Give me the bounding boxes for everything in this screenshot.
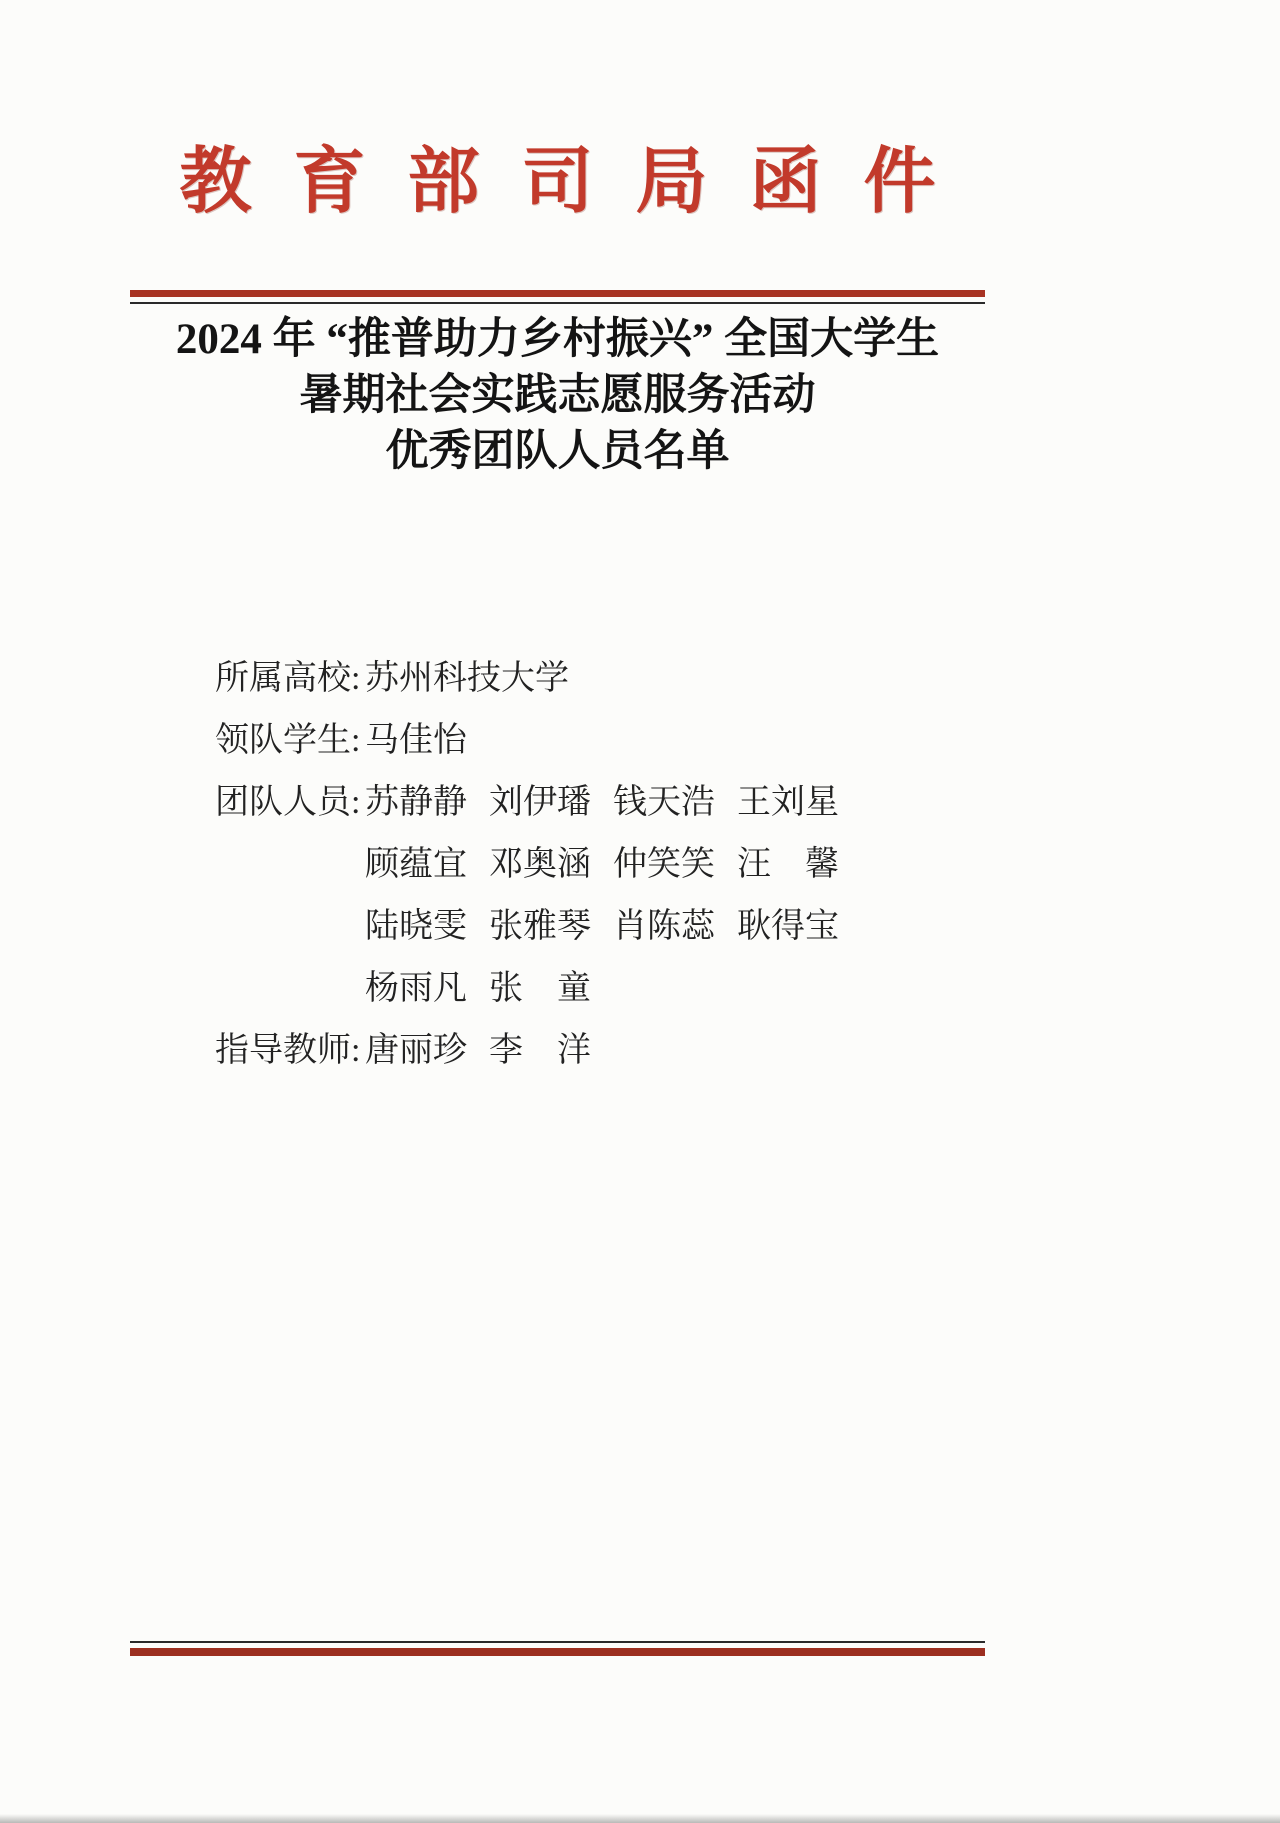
field-school-value: 苏州科技大学	[365, 650, 569, 699]
team-member-name: 汪 馨	[737, 836, 839, 885]
field-team-row-2: 顾蕴宜 邓奥涵 仲笑笑 汪 馨	[215, 829, 985, 891]
field-team-row-3: 陆晓雯 张雅琴 肖陈蕊 耿得宝	[215, 891, 985, 953]
bottom-rule-red-line	[130, 1648, 985, 1656]
team-member-name: 刘伊璠	[489, 774, 591, 823]
field-teachers: 指导教师: 唐丽珍 李 洋	[215, 1015, 985, 1077]
title-line-3: 优秀团队人员名单	[130, 424, 985, 480]
scanned-page-edge	[0, 1814, 1280, 1823]
title-line-1: 2024 年 “推普助力乡村振兴” 全国大学生	[130, 312, 985, 368]
field-school: 所属高校: 苏州科技大学	[215, 643, 985, 705]
team-member-name: 张雅琴	[489, 898, 591, 947]
team-names-row-2: 顾蕴宜 邓奥涵 仲笑笑 汪 馨	[365, 836, 839, 885]
team-member-name: 钱天浩	[613, 774, 715, 823]
team-member-name: 张 童	[489, 960, 591, 1009]
field-team-row-4: 杨雨凡 张 童	[215, 953, 985, 1015]
team-member-name: 肖陈蕊	[613, 898, 715, 947]
field-leader: 领队学生: 马佳怡	[215, 705, 985, 767]
title-line-2: 暑期社会实践志愿服务活动	[130, 368, 985, 424]
team-names-row-1: 苏静静 刘伊璠 钱天浩 王刘星	[365, 774, 839, 823]
top-rule-red-line	[130, 290, 985, 297]
teacher-name: 唐丽珍	[365, 1022, 467, 1071]
top-double-rule	[130, 290, 985, 304]
field-leader-value: 马佳怡	[365, 712, 467, 761]
bottom-double-rule	[130, 1641, 985, 1656]
field-teachers-label: 指导教师:	[215, 1022, 365, 1071]
top-rule-black-line	[130, 302, 985, 304]
field-school-label: 所属高校:	[215, 650, 365, 699]
teacher-names: 唐丽珍 李 洋	[365, 1022, 591, 1071]
team-member-name: 顾蕴宜	[365, 836, 467, 885]
team-member-name: 王刘星	[737, 774, 839, 823]
field-team-label: 团队人员:	[215, 774, 365, 823]
team-member-name: 邓奥涵	[489, 836, 591, 885]
content-column: 教育部司局函件 2024 年 “推普助力乡村振兴” 全国大学生 暑期社会实践志愿…	[130, 146, 985, 1077]
field-leader-label: 领队学生:	[215, 712, 365, 761]
letterhead-title: 教育部司局函件	[130, 146, 985, 218]
document-title: 2024 年 “推普助力乡村振兴” 全国大学生 暑期社会实践志愿服务活动 优秀团…	[130, 312, 985, 480]
team-names-row-4: 杨雨凡 张 童	[365, 960, 591, 1009]
teacher-name: 李 洋	[489, 1022, 591, 1071]
document-page: 教育部司局函件 2024 年 “推普助力乡村振兴” 全国大学生 暑期社会实践志愿…	[0, 0, 1280, 1823]
bottom-rule-black-line	[130, 1641, 985, 1643]
field-team-row-1: 团队人员: 苏静静 刘伊璠 钱天浩 王刘星	[215, 767, 985, 829]
team-member-name: 杨雨凡	[365, 960, 467, 1009]
document-body: 所属高校: 苏州科技大学 领队学生: 马佳怡 团队人员: 苏静静 刘伊璠 钱天浩…	[130, 643, 985, 1077]
team-member-name: 耿得宝	[737, 898, 839, 947]
team-member-name: 陆晓雯	[365, 898, 467, 947]
team-names-row-3: 陆晓雯 张雅琴 肖陈蕊 耿得宝	[365, 898, 839, 947]
team-member-name: 苏静静	[365, 774, 467, 823]
team-member-name: 仲笑笑	[613, 836, 715, 885]
